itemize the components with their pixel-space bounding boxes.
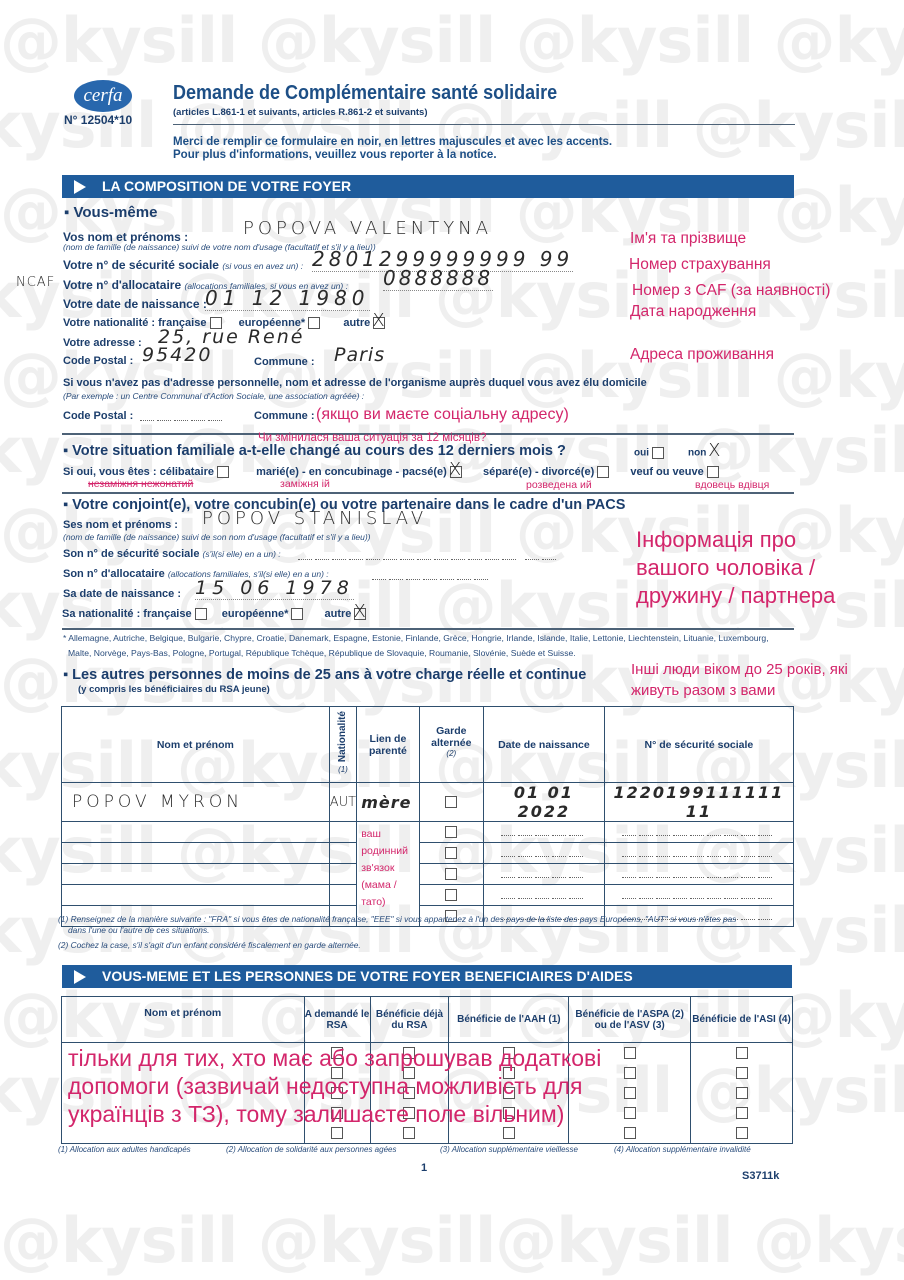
footnote-1: (1) Renseignez de la manière suivante : … xyxy=(58,914,788,936)
child-dob-cell[interactable]: 01 01 2022 xyxy=(484,783,605,822)
checkbox-marie-checked[interactable] xyxy=(450,466,462,478)
checkbox-autre-checked[interactable] xyxy=(373,317,385,329)
child-ss-cell[interactable]: 1220199111111 11 xyxy=(604,783,793,822)
table-row: POPOV MYRON AUT mère 01 01 2022 12201991… xyxy=(62,783,794,822)
celibataire-label: Si oui, vous êtes : célibataire xyxy=(63,466,214,478)
annotation-widowed: вдовець вдівця xyxy=(695,479,769,491)
checkbox-garde[interactable] xyxy=(445,847,457,859)
annotation-social-address: (якщо ви маєте соціальну адресу) xyxy=(316,406,569,424)
annotation-relation: вашродиннийзв'язок(мама /тато) xyxy=(361,826,418,911)
partner-ss-label: Son n° de sécurité sociale (s'il(si elle… xyxy=(63,548,281,560)
marie-label: marié(e) - en concubinage - pacsé(e) xyxy=(256,466,447,478)
watermark-row: @kysill @kysill @kysill @kysill xyxy=(0,10,904,72)
child-relation: mère xyxy=(361,793,411,812)
banner-label: LA COMPOSITION DE VOTRE FOYER xyxy=(102,178,351,194)
annotation-divorced: розведена ий xyxy=(526,479,592,491)
checkbox-garde[interactable] xyxy=(445,868,457,880)
col-garde: Garde alternée(2) xyxy=(419,707,483,783)
ss-cell[interactable] xyxy=(604,885,793,906)
nat-cell[interactable] xyxy=(329,822,357,843)
col-garde-label: Garde alternée xyxy=(431,725,471,749)
address-label: Votre adresse : xyxy=(63,337,142,349)
benefits-table-header: Nom et prénom A demandé le RSA Bénéficie… xyxy=(62,997,793,1043)
partner-name-label: Ses nom et prénoms : xyxy=(63,519,178,531)
others-table: Nom et prénom Nationalité (1) Lien de pa… xyxy=(61,706,794,927)
annotation-single: незаміжня нежонатий xyxy=(88,478,193,490)
garde-cell[interactable] xyxy=(419,843,483,864)
veuf-label: veuf ou veuve xyxy=(630,466,703,478)
postal2-label: Code Postal : xyxy=(63,410,133,422)
child-garde-cell[interactable] xyxy=(419,783,483,822)
checkbox-partner-autre-checked[interactable] xyxy=(354,608,366,620)
child-name: POPOV MYRON xyxy=(72,792,243,812)
col-ss: N° de sécurité sociale xyxy=(604,707,793,783)
form-subtitle: (articles L.861-1 et suivants, articles … xyxy=(173,107,428,118)
asi-cell[interactable] xyxy=(691,1043,793,1144)
situation-non: non xyxy=(688,447,721,459)
oui-label: oui xyxy=(634,448,649,459)
col-aah: Bénéficie de l'AAH (1) xyxy=(449,997,569,1043)
relation-hint-cell: вашродиннийзв'язок(мама /тато) xyxy=(357,822,419,927)
ss-cell[interactable] xyxy=(604,864,793,885)
partner-dob-label: Sa date de naissance : xyxy=(63,588,181,600)
child-nationality: AUT xyxy=(330,795,356,810)
header-rule xyxy=(173,124,795,125)
commune-field[interactable]: Paris xyxy=(334,344,385,366)
others-heading-text: Les autres personnes de moins de 25 ans … xyxy=(72,667,586,683)
alloc-label-text: Votre n° d'allocataire xyxy=(63,278,181,292)
garde-cell[interactable] xyxy=(419,822,483,843)
section-banner-composition: LA COMPOSITION DE VOTRE FOYER xyxy=(62,175,794,198)
annotation-benefits: тільки для тих, хто має або запрошував д… xyxy=(68,1044,601,1128)
col-beneficie-rsa: Bénéficie déjà du RSA xyxy=(370,997,449,1043)
others-subheading: (y compris les bénéficiaires du RSA jeun… xyxy=(78,684,270,695)
col-nationalite: Nationalité (1) xyxy=(329,707,357,783)
instructions-line2: Pour plus d'informations, veuillez vous … xyxy=(173,149,497,161)
dob-cell[interactable] xyxy=(484,864,605,885)
annotation-married: заміжня ій xyxy=(280,478,330,490)
child-dob: 01 01 2022 xyxy=(514,783,574,821)
form-title: Demande de Complémentaire santé solidair… xyxy=(173,82,557,105)
partner-nationality-row: Sa nationalité : française européenne* a… xyxy=(62,608,366,620)
col-lien: Lien de parenté xyxy=(357,707,419,783)
garde-cell[interactable] xyxy=(419,864,483,885)
annotation-ss: Номер страхування xyxy=(629,256,771,274)
col-nationalite-label: Nationalité xyxy=(337,711,348,762)
form-number: N° 12504*10 xyxy=(64,113,132,127)
situation-question: ▪ Votre situation familiale a-t-elle cha… xyxy=(63,443,566,459)
checkbox-garde[interactable] xyxy=(445,889,457,901)
child-relation-cell[interactable]: mère xyxy=(357,783,419,822)
checkbox-partner-francaise[interactable] xyxy=(195,608,207,620)
col-demande-rsa: A demandé le RSA xyxy=(304,997,370,1043)
vous-meme-heading: ▪ Vous-même xyxy=(64,204,157,221)
postal-label: Code Postal : xyxy=(63,355,133,367)
annotation-dob: Дата народження xyxy=(630,303,756,321)
status-row: Si oui, vous êtes : célibataire marié(e)… xyxy=(63,466,719,478)
commune-label: Commune : xyxy=(254,356,315,368)
ss-cell[interactable] xyxy=(604,843,793,864)
no-address-hint: (Par exemple : un Centre Communal d'Acti… xyxy=(63,391,364,401)
others-heading: ▪ Les autres personnes de moins de 25 an… xyxy=(63,667,586,683)
nat-cell[interactable] xyxy=(329,885,357,906)
benefit-footnote-1: (1) Allocation aux adultes handicapés xyxy=(58,1145,191,1154)
annotation-address: Адреса проживання xyxy=(630,346,774,364)
garde-cell[interactable] xyxy=(419,885,483,906)
checkbox-oui[interactable] xyxy=(652,447,664,459)
checkbox-veuf[interactable] xyxy=(707,466,719,478)
dob-cell[interactable] xyxy=(484,885,605,906)
checkbox-celibataire[interactable] xyxy=(217,466,229,478)
partner-nationality-label: Sa nationalité : française xyxy=(62,608,192,620)
checkbox-partner-europeenne[interactable] xyxy=(291,608,303,620)
divider xyxy=(62,628,794,630)
divider xyxy=(62,492,794,494)
instructions-line1: Merci de remplir ce formulaire en noir, … xyxy=(173,136,612,148)
name-cell[interactable] xyxy=(62,843,330,864)
non-label: non xyxy=(688,448,706,459)
checkbox-non-checked[interactable] xyxy=(709,447,721,459)
child-nationality-cell[interactable]: AUT xyxy=(329,783,357,822)
situation-question-text: Votre situation familiale a-t-elle chang… xyxy=(72,443,566,459)
col-lien-label: Lien de parenté xyxy=(369,733,407,757)
situation-oui: oui xyxy=(634,447,664,459)
name-field[interactable]: POPOVA VALENTYNA xyxy=(243,218,492,239)
note-2: (2) xyxy=(446,749,456,758)
postal2-field[interactable] xyxy=(140,408,225,426)
name-cell[interactable] xyxy=(62,822,330,843)
table-row: вашродиннийзв'язок(мама /тато) xyxy=(62,822,794,843)
partner-name-field[interactable]: POPOV STANISLAV xyxy=(202,508,427,529)
annotation-others: Інші люди віком до 25 років, якіживуть р… xyxy=(631,659,848,701)
benefit-footnote-4: (4) Allocation supplémentaire invalidité xyxy=(614,1145,751,1154)
alloc-field[interactable]: 0888888 xyxy=(383,266,493,291)
checkbox-garde[interactable] xyxy=(445,796,457,808)
benefit-footnote-2: (2) Allocation de solidarité aux personn… xyxy=(226,1145,396,1154)
watermark-row: @kysill @kysill@kysill @kysil xyxy=(0,1210,904,1272)
section-banner-beneficiaires: VOUS-MEME ET LES PERSONNES DE VOTRE FOYE… xyxy=(62,965,792,988)
ss-hint: (si vous en avez un) : xyxy=(222,261,303,271)
checkbox-garde[interactable] xyxy=(445,826,457,838)
partner-nat-other-label: autre xyxy=(325,608,352,620)
cerfa-logo: cerfa xyxy=(74,80,132,112)
heading-label: Vous-même xyxy=(74,204,158,221)
partner-ss-field[interactable] xyxy=(298,547,559,565)
col-nom: Nom et prénom xyxy=(62,997,305,1043)
separe-label: séparé(e) - divorcé(e) xyxy=(483,466,594,478)
form-code: S3711k xyxy=(742,1170,779,1182)
eu-countries-note-2: Malte, Norvège, Pays-Bas, Pologne, Portu… xyxy=(68,648,576,658)
no-address-text: Si vous n'avez pas d'adresse personnelle… xyxy=(63,377,647,389)
partner-name-hint: (nom de famille (de naissance) suivi de … xyxy=(63,532,371,542)
others-table-header: Nom et prénom Nationalité (1) Lien de pa… xyxy=(62,707,794,783)
col-asi: Bénéficie de l'ASI (4) xyxy=(691,997,793,1043)
partner-nat-europe-label: européenne* xyxy=(222,608,289,620)
annotation-caf: Номер з CAF (за наявності) xyxy=(632,282,830,300)
partner-ss-label-text: Son n° de sécurité sociale xyxy=(63,548,199,560)
commune2-label: Commune : xyxy=(254,410,315,422)
child-ss: 1220199111111 11 xyxy=(614,783,785,821)
dob-cell[interactable] xyxy=(484,822,605,843)
ncaf-margin-note: NCAF xyxy=(16,275,55,290)
col-dob: Date de naissance xyxy=(484,707,605,783)
partner-alloc-field[interactable] xyxy=(372,567,491,585)
table-row xyxy=(62,885,794,906)
dob-cell[interactable] xyxy=(484,843,605,864)
name-cell[interactable] xyxy=(62,885,330,906)
partner-ss-hint: (s'il(si elle) en a un) : xyxy=(203,549,281,559)
dob-label: Votre date de naissance : xyxy=(63,297,207,311)
page-number: 1 xyxy=(421,1162,427,1174)
play-triangle-icon xyxy=(74,180,86,194)
name-cell[interactable] xyxy=(62,864,330,885)
annotation-partner: Інформація провашого чоловіка /дружину /… xyxy=(636,526,835,610)
footnote-2: (2) Cochez la case, s'il s'agit d'un enf… xyxy=(58,940,361,950)
ss-label: Votre n° de sécurité sociale (si vous en… xyxy=(63,258,303,272)
play-triangle-icon xyxy=(74,970,86,984)
ss-cell[interactable] xyxy=(604,822,793,843)
col-aspa-asv: Bénéficie de l'ASPA (2) ou de l'ASV (3) xyxy=(569,997,691,1043)
table-row xyxy=(62,864,794,885)
checkbox-separe[interactable] xyxy=(597,466,609,478)
partner-dob-field[interactable]: 15 06 1978 xyxy=(195,577,354,600)
ss-label-text: Votre n° de sécurité sociale xyxy=(63,258,219,272)
postal-field[interactable]: 95420 xyxy=(142,344,212,366)
child-name-cell[interactable]: POPOV MYRON xyxy=(62,783,330,822)
checkbox-europeenne[interactable] xyxy=(308,317,320,329)
dob-field[interactable]: 01 12 1980 xyxy=(205,286,370,311)
annotation-name: Ім'я та прізвище xyxy=(630,230,746,248)
benefit-footnote-3: (3) Allocation supplémentaire vieillesse xyxy=(440,1145,578,1154)
nat-cell[interactable] xyxy=(329,864,357,885)
col-nom: Nom et prénom xyxy=(62,707,330,783)
partner-alloc-label-text: Son n° d'allocataire xyxy=(63,568,165,580)
table-row xyxy=(62,843,794,864)
eu-countries-note: * Allemagne, Autriche, Belgique, Bulgari… xyxy=(63,633,769,643)
nat-other-label: autre xyxy=(343,317,370,329)
note-1: (1) xyxy=(338,765,348,774)
banner-label: VOUS-MEME ET LES PERSONNES DE VOTRE FOYE… xyxy=(102,968,633,984)
nat-cell[interactable] xyxy=(329,843,357,864)
